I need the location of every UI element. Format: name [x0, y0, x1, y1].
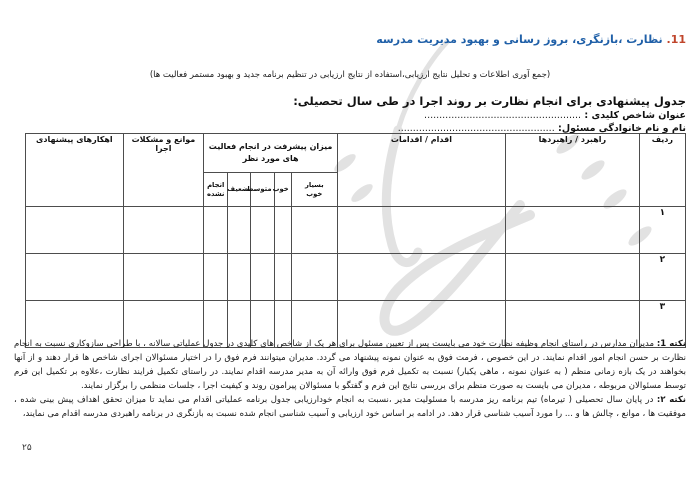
- row-number-cell: ۲: [639, 254, 685, 301]
- table-heading: جدول پیشنهادی برای انجام نظارت بر روند ا…: [293, 94, 686, 108]
- empty-cell: [251, 207, 274, 254]
- col-header-solutions: اهکارهای پیشنهادی: [26, 134, 124, 207]
- note-1-label: نکته 1:: [657, 339, 686, 349]
- section-subtitle: (جمع آوری اطلاعات و تحلیل نتایج ارزیابی،…: [0, 70, 700, 80]
- empty-cell: [123, 207, 203, 254]
- section-title-text: نظارت ،بازنگری، بروز رسانی و بهبود مدیری…: [376, 33, 666, 46]
- empty-cell: [337, 207, 505, 254]
- section-number: 11.: [667, 33, 687, 46]
- empty-cell: [228, 254, 251, 301]
- empty-cell: [291, 254, 337, 301]
- responsible-name-label: نام و نام خانوادگی مسئول:: [558, 123, 686, 134]
- note-2-text: در پایان سال تحصیلی ( تیرماه) تیم برنامه…: [14, 395, 686, 419]
- note-1: نکته 1: مدیران مدارس در راستای انجام وظی…: [14, 337, 686, 393]
- responsible-name-field: نام و نام خانوادگی مسئول: ..............…: [398, 123, 686, 134]
- table-row: ۱: [26, 207, 686, 254]
- key-indicator-label: عنوان شاخص کلیدی :: [584, 110, 686, 121]
- section-title: 11. نظارت ،بازنگری، بروز رسانی و بهبود م…: [376, 33, 686, 46]
- col-header-action: اقدام / اقدامات: [337, 134, 505, 207]
- col-header-strategy: راهبرد / راهبردها: [505, 134, 639, 207]
- col-header-obstacles: موانع و مشکلات اجرا: [123, 134, 203, 207]
- notes-section: نکته 1: مدیران مدارس در راستای انجام وظی…: [14, 337, 686, 421]
- monitoring-table: ردیف راهبرد / راهبردها اقدام / اقدامات م…: [25, 133, 686, 348]
- empty-cell: [204, 207, 228, 254]
- empty-cell: [228, 207, 251, 254]
- page-number: ۲۵: [22, 443, 32, 453]
- note-1-text: مدیران مدارس در راستای انجام وظیفه نظارت…: [14, 339, 686, 391]
- empty-cell: [123, 254, 203, 301]
- col-header-weak: ضعیف: [228, 173, 251, 207]
- empty-cell: [26, 254, 124, 301]
- table-header-row-1: ردیف راهبرد / راهبردها اقدام / اقدامات م…: [26, 134, 686, 173]
- note-2: نکته ۲: در پایان سال تحصیلی ( تیرماه) تی…: [14, 393, 686, 421]
- row-number-cell: ۱: [639, 207, 685, 254]
- col-header-very-good: بسیار خوب: [291, 173, 337, 207]
- col-header-not-done: انجام نشده: [204, 173, 228, 207]
- empty-cell: [274, 254, 291, 301]
- document-page: 11. نظارت ،بازنگری، بروز رسانی و بهبود م…: [0, 0, 700, 495]
- empty-cell: [274, 207, 291, 254]
- key-indicator-dotted-line: ........................................…: [424, 110, 581, 121]
- empty-cell: [26, 207, 124, 254]
- empty-cell: [505, 254, 639, 301]
- key-indicator-field: عنوان شاخص کلیدی : .....................…: [424, 110, 686, 121]
- empty-cell: [505, 207, 639, 254]
- empty-cell: [337, 254, 505, 301]
- col-header-row-number: ردیف: [639, 134, 685, 207]
- empty-cell: [291, 207, 337, 254]
- empty-cell: [251, 254, 274, 301]
- note-2-label: نکته ۲:: [657, 395, 686, 405]
- empty-cell: [204, 254, 228, 301]
- col-header-medium: متوسط: [251, 173, 274, 207]
- responsible-name-dotted-line: ........................................…: [398, 123, 555, 134]
- col-header-progress-group: میزان پیشرفت در انجام فعالیت های مورد نظ…: [204, 134, 338, 173]
- table-row: ۲: [26, 254, 686, 301]
- col-header-good: خوب: [274, 173, 291, 207]
